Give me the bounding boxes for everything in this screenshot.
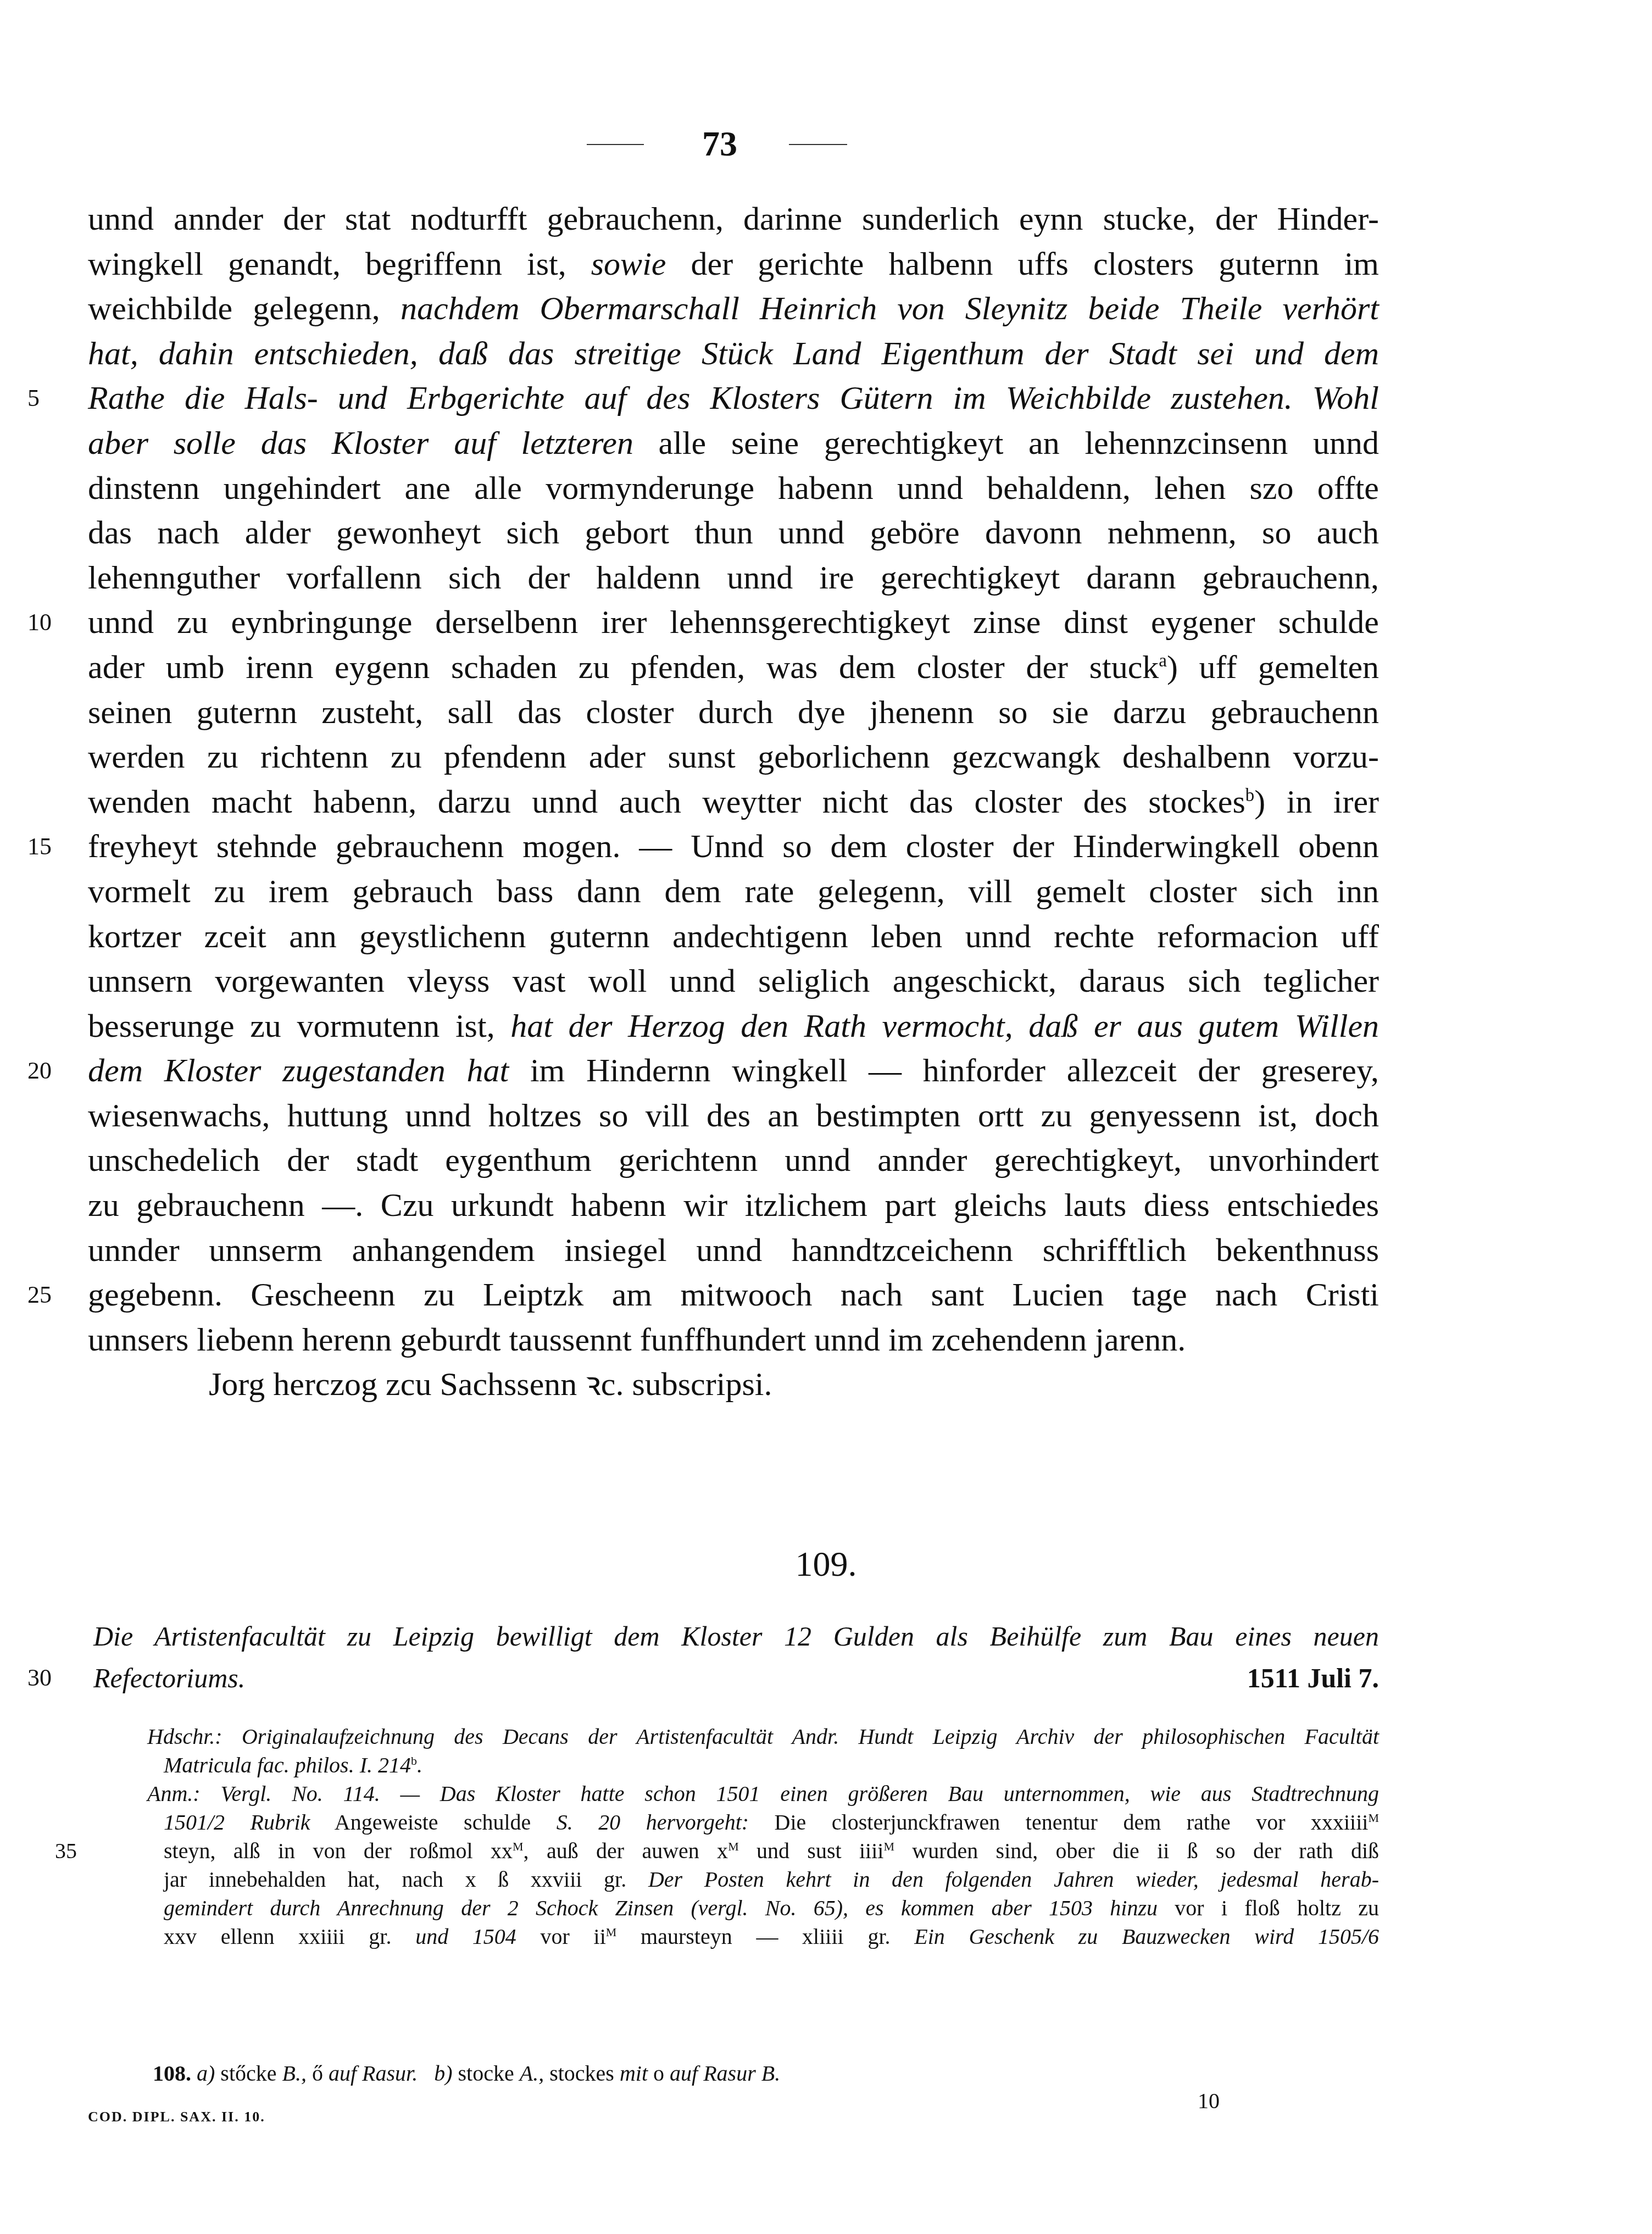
source-text: unnd zu eynbringunge derselbenn irer leh… bbox=[88, 604, 1379, 640]
text-line: vormelt zu irem gebrauch bass dann dem r… bbox=[88, 869, 1379, 914]
regest-line-2: 30 Refectoriums. 1511 Juli 7. bbox=[93, 1657, 1379, 1699]
text-line: zu gebrauchenn —. Czu urkundt habenn wir… bbox=[88, 1183, 1379, 1228]
source-text: alle seine gerechtigkeyt an lehennzcinse… bbox=[633, 425, 1379, 461]
document-date: 1511 Juli 7. bbox=[1247, 1657, 1379, 1699]
source-text: wingkell genandt, begriffenn ist, bbox=[88, 246, 591, 282]
source-text: ) uff gemelten bbox=[1167, 649, 1379, 685]
footnote-b-o: o bbox=[648, 2061, 670, 2086]
editorial-text: nachdem Obermarschall Heinrich von Sleyn… bbox=[401, 290, 1379, 326]
source-text: kortzer zceit ann geystlichenn guternn a… bbox=[88, 918, 1379, 954]
text-line: unnd annder der stat nodturfft gebrauche… bbox=[88, 197, 1379, 242]
source-text: und sust iiii bbox=[739, 1838, 884, 1863]
source-text: unnder unnserm anhangendem insiegel unnd… bbox=[88, 1232, 1379, 1268]
superscript: M bbox=[606, 1925, 617, 1939]
text-line: unnsern vorgewanten vleyss vast woll unn… bbox=[88, 959, 1379, 1004]
line-number: 15 bbox=[27, 824, 71, 869]
line-number: 25 bbox=[27, 1272, 71, 1318]
header-rule-right bbox=[789, 144, 847, 145]
source-text: Die closterjunckfrawen tenentur dem rath… bbox=[749, 1810, 1368, 1835]
source-text: vormelt zu irem gebrauch bass dann dem r… bbox=[88, 873, 1379, 909]
text-line: 5Rathe die Hals- und Erbgerichte auf des… bbox=[88, 376, 1379, 421]
editorial-text: Rathe die Hals- und Erbgerichte auf des … bbox=[88, 380, 1379, 416]
sheet-number: 10 bbox=[1198, 2088, 1220, 2114]
text-line: wiesenwachs, huttung unnd holtzes so vil… bbox=[88, 1093, 1379, 1138]
apparatus-notes: Hdschr.: Originalaufzeichnung des Decans… bbox=[147, 1722, 1379, 1951]
text-line: 25gegebenn. Gescheenn zu Leiptzk am mitw… bbox=[88, 1272, 1379, 1318]
editorial-text: S. 20 hervorgeht: bbox=[557, 1810, 749, 1835]
regest-line-1: Die Artistenfacultät zu Leipzig bewillig… bbox=[93, 1615, 1379, 1657]
footnote-a-mark: ő bbox=[307, 2061, 329, 2086]
footnote-b-label: b) bbox=[434, 2061, 452, 2086]
footnote-b-note: auf Rasur B. bbox=[670, 2061, 780, 2086]
footnote-a-source: B., bbox=[282, 2061, 307, 2086]
header-rule-left bbox=[587, 144, 644, 145]
footnote-b-text2: stockes bbox=[544, 2061, 620, 2086]
document-number: 109. bbox=[0, 1544, 1652, 1585]
footnote: 108. a) stőcke B., ő auf Rasur. b) stock… bbox=[153, 2060, 780, 2086]
text-line: unschedelich der stadt eygenthum gericht… bbox=[88, 1138, 1379, 1183]
superscript: M bbox=[513, 1840, 524, 1853]
superscript: b bbox=[1245, 786, 1255, 805]
editorial-text: aber solle das Kloster auf letzteren bbox=[88, 425, 633, 461]
editorial-text: . bbox=[417, 1753, 422, 1777]
text-line: besserunge zu vormutenn ist, hat der Her… bbox=[88, 1004, 1379, 1049]
source-text: gegebenn. Gescheenn zu Leiptzk am mitwoo… bbox=[88, 1276, 1379, 1313]
source-text: unnsern vorgewanten vleyss vast woll unn… bbox=[88, 963, 1379, 999]
superscript: b bbox=[411, 1754, 417, 1768]
footnote-a-note: auf Rasur. bbox=[329, 2061, 418, 2086]
superscript: M bbox=[1368, 1811, 1379, 1825]
text-line: 35steyn, alß in von der roßmol xxM, auß … bbox=[147, 1837, 1379, 1865]
source-text: der gerichte halbenn uffs closters guter… bbox=[666, 246, 1379, 282]
text-line: werden zu richtenn zu pfendenn ader suns… bbox=[88, 735, 1379, 780]
text-line: unnder unnserm anhangendem insiegel unnd… bbox=[88, 1228, 1379, 1273]
source-text: vor i floß holtz zu bbox=[1158, 1896, 1379, 1920]
text-line: seinen guternn zusteht, sall das closter… bbox=[88, 690, 1379, 735]
text-line: hat, dahin entschieden, daß das streitig… bbox=[88, 331, 1379, 376]
line-number: 35 bbox=[55, 1837, 99, 1865]
text-line: weichbilde gelegenn, nachdem Obermarscha… bbox=[88, 286, 1379, 331]
line-number: 20 bbox=[27, 1048, 71, 1093]
line-number: 30 bbox=[27, 1657, 71, 1699]
text-line: jar innebehalden hat, nach x ß xxviii gr… bbox=[147, 1865, 1379, 1894]
editorial-text: und 1504 bbox=[415, 1924, 516, 1949]
page-header: 73 bbox=[0, 126, 1652, 170]
footnote-b-text: stocke bbox=[453, 2061, 520, 2086]
source-text: freyheyt stehnde gebrauchenn mogen. — Un… bbox=[88, 828, 1379, 864]
source-text: unnsers liebenn herenn geburdt taussennt… bbox=[88, 1321, 1186, 1358]
line-number: 5 bbox=[27, 376, 71, 421]
source-text: ) in irer bbox=[1254, 783, 1379, 820]
editorial-text: Hdschr.: Originalaufzeichnung des Decans… bbox=[147, 1724, 1379, 1749]
editorial-text: hat der Herzog den Rath vermocht, daß er… bbox=[510, 1008, 1379, 1044]
source-text: besserunge zu vormutenn ist, bbox=[88, 1008, 510, 1044]
text-line: Jorg herczog zcu Sachssenn ꝛc. subscrips… bbox=[88, 1362, 1379, 1407]
text-line: dinstenn ungehindert ane alle vormynderu… bbox=[88, 466, 1379, 511]
text-line: kortzer zceit ann geystlichenn guternn a… bbox=[88, 914, 1379, 959]
editorial-text: Ein Geschenk zu Bauzwecken wird 1505/6 bbox=[914, 1924, 1379, 1949]
source-text: im Hindernn wingkell — hinforder allezce… bbox=[509, 1052, 1379, 1088]
editorial-text: 1501/2 Rubrik bbox=[164, 1810, 310, 1835]
document-page: 73 unnd annder der stat nodturfft gebrau… bbox=[0, 0, 1652, 2234]
superscript: M bbox=[728, 1840, 739, 1853]
text-line: ader umb irenn eygenn schaden zu pfenden… bbox=[88, 645, 1379, 690]
editorial-text: Matricula fac. philos. I. 214 bbox=[164, 1753, 411, 1777]
editorial-text: dem Kloster zugestanden hat bbox=[88, 1052, 509, 1088]
editorial-text: sowie bbox=[591, 246, 666, 282]
page-number: 73 bbox=[670, 126, 769, 162]
editorial-text: Anm.: Vergl. No. 114. — Das Kloster hatt… bbox=[147, 1781, 1379, 1806]
footnote-a-label: a) bbox=[197, 2061, 215, 2086]
source-text: jar innebehalden hat, nach x ß xxviii gr… bbox=[164, 1867, 648, 1892]
text-line: gemindert durch Anrechnung der 2 Schock … bbox=[147, 1894, 1379, 1922]
source-text: Jorg herczog zcu Sachssenn ꝛc. subscrips… bbox=[209, 1366, 772, 1402]
source-text: werden zu richtenn zu pfendenn ader suns… bbox=[88, 738, 1379, 775]
footnote-a-text: stőcke bbox=[215, 2061, 282, 2086]
regest-text: Refectoriums. bbox=[93, 1663, 245, 1693]
text-line: Anm.: Vergl. No. 114. — Das Kloster hatt… bbox=[147, 1780, 1379, 1808]
text-line: 15freyheyt stehnde gebrauchenn mogen. — … bbox=[88, 824, 1379, 869]
superscript: a bbox=[1159, 651, 1167, 671]
source-text: ader umb irenn eygenn schaden zu pfenden… bbox=[88, 649, 1159, 685]
text-line: 20dem Kloster zugestanden hat im Hindern… bbox=[88, 1048, 1379, 1093]
printer-signature: COD. DIPL. SAX. II. 10. bbox=[88, 2109, 265, 2125]
text-line: lehennguther vorfallenn sich der haldenn… bbox=[88, 555, 1379, 601]
editorial-text: hat, dahin entschieden, daß das streitig… bbox=[88, 335, 1379, 371]
source-text: steyn, alß in von der roßmol xx bbox=[164, 1838, 513, 1863]
source-text: vor ii bbox=[516, 1924, 606, 1949]
source-text: wenden macht habenn, darzu unnd auch wey… bbox=[88, 783, 1245, 820]
text-line: 10unnd zu eynbringunge derselbenn irer l… bbox=[88, 600, 1379, 645]
source-text: xxv ellenn xxiiii gr. bbox=[164, 1924, 415, 1949]
source-text: wiesenwachs, huttung unnd holtzes so vil… bbox=[88, 1097, 1379, 1133]
text-line: das nach alder gewonheyt sich gebort thu… bbox=[88, 510, 1379, 555]
text-line: unnsers liebenn herenn geburdt taussennt… bbox=[88, 1318, 1379, 1363]
text-line: Matricula fac. philos. I. 214b. bbox=[147, 1751, 1379, 1780]
line-number: 10 bbox=[27, 600, 71, 645]
text-line: aber solle das Kloster auf letzteren all… bbox=[88, 421, 1379, 466]
source-text: zu gebrauchenn —. Czu urkundt habenn wir… bbox=[88, 1187, 1379, 1223]
source-text: seinen guternn zusteht, sall das closter… bbox=[88, 694, 1379, 730]
footnote-ref: 108. bbox=[153, 2061, 191, 2086]
editorial-text: Der Posten kehrt in den folgenden Jahren… bbox=[648, 1867, 1379, 1892]
source-text: lehennguther vorfallenn sich der haldenn… bbox=[88, 559, 1379, 596]
source-text: weichbilde gelegenn, bbox=[88, 290, 401, 326]
source-text: , auß der auwen x bbox=[524, 1838, 728, 1863]
text-line: Hdschr.: Originalaufzeichnung des Decans… bbox=[147, 1722, 1379, 1751]
text-line: wingkell genandt, begriffenn ist, sowie … bbox=[88, 242, 1379, 287]
regest: Die Artistenfacultät zu Leipzig bewillig… bbox=[93, 1615, 1379, 1699]
charter-text: unnd annder der stat nodturfft gebrauche… bbox=[88, 197, 1379, 1407]
source-text: Angeweiste schulde bbox=[310, 1810, 556, 1835]
source-text: unnd annder der stat nodturfft gebrauche… bbox=[88, 201, 1379, 237]
source-text: unschedelich der stadt eygenthum gericht… bbox=[88, 1142, 1379, 1178]
source-text: wurden sind, ober die ii ß so der rath d… bbox=[894, 1838, 1379, 1863]
text-line: 1501/2 Rubrik Angeweiste schulde S. 20 h… bbox=[147, 1808, 1379, 1837]
text-line: wenden macht habenn, darzu unnd auch wey… bbox=[88, 780, 1379, 825]
text-line: xxv ellenn xxiiii gr. und 1504 vor iiM m… bbox=[147, 1922, 1379, 1951]
source-text: maursteyn — xliiii gr. bbox=[616, 1924, 914, 1949]
source-text: das nach alder gewonheyt sich gebort thu… bbox=[88, 514, 1379, 551]
source-text: dinstenn ungehindert ane alle vormynderu… bbox=[88, 470, 1379, 506]
superscript: M bbox=[883, 1840, 894, 1853]
editorial-text: gemindert durch Anrechnung der 2 Schock … bbox=[164, 1896, 1158, 1920]
footnote-b-source: A., bbox=[520, 2061, 544, 2086]
footnote-b-mit: mit bbox=[620, 2061, 648, 2086]
